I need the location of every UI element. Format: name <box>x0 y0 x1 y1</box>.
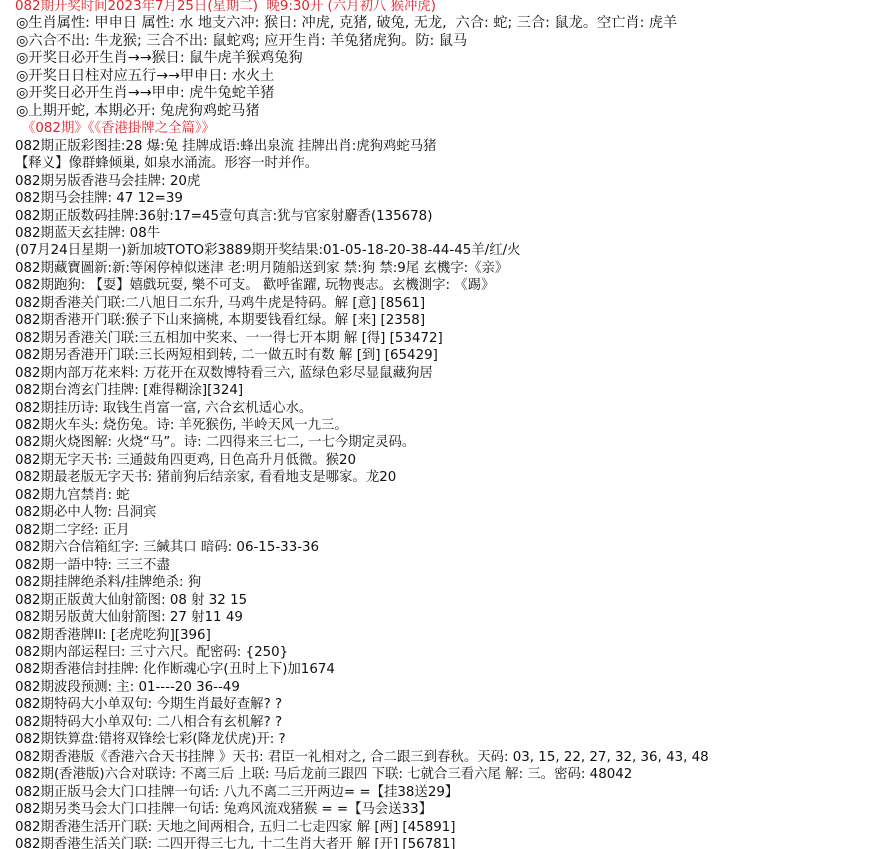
content-line: 082期香港关门联:二八旭日二东升, 马鸡牛虎是特码。解 [意] [8561] <box>15 295 425 312</box>
content-line: 082期马会挂牌: 47 12=39 <box>15 190 183 207</box>
content-line: 082期最老版无字天书: 猪前狗后结亲家, 看看地支是哪家。龙20 <box>15 469 396 486</box>
content-line: 082期另版香港马会挂牌: 20虎 <box>15 173 200 190</box>
content-line: 082期挂牌绝杀料/挂牌绝杀: 狗 <box>15 574 201 591</box>
last-issue-snake-line: ◎上期开蛇, 本期必开: 兔虎狗鸡蛇马猪 <box>16 103 260 120</box>
day-pillar-five-elements: ◎开奖日日柱对应五行→→甲申日: 水火土 <box>16 68 274 85</box>
content-line: 082期内部万花来料: 万花开在双数博特看三六, 蓝绿色彩尽显鼠藏狗居 <box>15 365 433 382</box>
content-line: 082期香港牌II: [老虎吃狗][396] <box>15 627 211 644</box>
content-line: 082期藏寶圖新:新:等闲停棹似迷津 老:明月随船送到家 禁:狗 禁:9尾 玄機… <box>15 260 508 277</box>
content-line: 【释义】像群蜂倾巢, 如泉水涌流。形容一时并作。 <box>15 155 318 172</box>
content-line: 082期六合信箱紅字: 三緘其口 暗码: 06-15-33-36 <box>15 539 319 556</box>
content-line: 082期正版彩图挂:28 爆:兔 挂牌成语:蜂出泉流 挂牌出肖:虎狗鸡蛇马猪 <box>15 138 437 155</box>
zodiac-attributes-line: ◎生肖属性: 甲申日 属性: 水 地支六冲: 猴日: 冲虎, 克猪, 破兔, 无… <box>16 15 677 32</box>
content-line: 082期特码大小单双句: 二八相合有玄机解? ? <box>15 714 282 731</box>
content-line: 082期香港开门联:猴子下山来摘桃, 本期要钱看红绿。解 [来] [2358] <box>15 312 425 329</box>
must-open-zodiac-jiashen: ◎开奖日必开生肖→→甲申: 虎牛兔蛇羊猪 <box>16 85 274 102</box>
content-line: 082期一語中特: 三三不盡 <box>15 557 170 574</box>
content-line: 082期九宫禁肖: 蛇 <box>15 487 130 504</box>
content-line: 082期正版数码挂牌:36射:17=45壹句真言:犹与官家射麝香(135678) <box>15 208 432 225</box>
section-heading: 《082期》《《香港掛牌之全篇》》 <box>22 120 215 137</box>
content-line: 082期二字经: 正月 <box>15 522 130 539</box>
content-line: 082期特码大小单双句: 今期生肖最好查解? ? <box>15 696 282 713</box>
content-line: 082期火烧图解: 火烧“马”。诗: 二四得来三七二, 一七今期定灵码。 <box>15 434 415 451</box>
content-line: 082期另香港开门联:三长两短相到转, 二一做五时有数 解 [到] [65429… <box>15 347 438 364</box>
must-open-zodiac-monkey-day: ◎开奖日必开生肖→→猴日: 鼠牛虎羊猴鸡兔狗 <box>16 50 303 67</box>
content-line: 082期跑狗: 【耍】嬉戲玩耍, 樂不可支。 歡呼雀躍, 玩物喪志。玄機測字: … <box>15 277 494 294</box>
six-harmony-line: ◎六合不出: 牛龙猴; 三合不出: 鼠蛇鸡; 应开生肖: 羊兔猪虎狗。防: 鼠马 <box>16 33 467 50</box>
draw-time-header: 082期开奖时间2023年7月25日(星期二) 晚9:30开 (六月初八 猴冲虎… <box>15 0 436 15</box>
content-line: 082期香港信封挂牌: 化作断魂心字(丑时上下)加1674 <box>15 661 335 678</box>
content-line: 082期另香港关门联:三五相加中奖来、一一得七开本期 解 [得] [53472] <box>15 330 443 347</box>
content-line: 082期挂历诗: 取钱生肖富一富, 六合玄机适心水。 <box>15 400 312 417</box>
content-line: 082期必中人物: 吕洞宾 <box>15 504 156 521</box>
content-line: 082期香港版《香港六合天书挂牌 》天书: 君臣一礼相对之, 合二跟三到春秋。天… <box>15 749 709 766</box>
content-line: 082期正版马会大门口挂牌一句话: 八九不离二三开两边= =【挂38送29】 <box>15 784 458 801</box>
content-line: 082期台湾玄门挂牌: [难得糊涂][324] <box>15 382 243 399</box>
content-line: 082期无字天书: 三通鼓角四更鸡, 日色高升月低微。猴20 <box>15 452 356 469</box>
content-line: 082期正版黄大仙射箭图: 08 射 32 15 <box>15 592 247 609</box>
content-line: 082期铁算盘:错将双锋绘七彩(降龙伏虎)开: ? <box>15 731 286 748</box>
lottery-tips-document: 082期开奖时间2023年7月25日(星期二) 晚9:30开 (六月初八 猴冲虎… <box>0 0 892 849</box>
content-line: 082期波段预测: 主: 01----20 36--49 <box>15 679 240 696</box>
content-line: 082期火车头: 烧伤兔。诗: 羊死猴伤, 半岭天风一九三。 <box>15 417 348 434</box>
content-line: 082期香港生活开门联: 天地之间两相合, 五归二七走四家 解 [两] [458… <box>15 819 455 836</box>
content-line: 082期香港生活关门联: 二四开得三七九, 十二生肖大者开 解 [开] [567… <box>15 836 455 849</box>
content-line: (07月24日星期一)新加坡TOTO彩3889期开奖结果:01-05-18-20… <box>15 242 520 259</box>
content-line: 082期蓝天玄挂牌: 08牛 <box>15 225 160 242</box>
content-line: 082期内部运程曰: 三寸六尺。配密码: {250} <box>15 644 288 661</box>
content-line: 082期(香港版)六合对联诗: 不离三后 上联: 马后龙前三跟四 下联: 七就合… <box>15 766 632 783</box>
content-line: 082期另类马会大门口挂牌一句话: 兔鸡风流戏猪猴 = =【马会送33】 <box>15 801 432 818</box>
content-line: 082期另版黄大仙射箭图: 27 射11 49 <box>15 609 243 626</box>
